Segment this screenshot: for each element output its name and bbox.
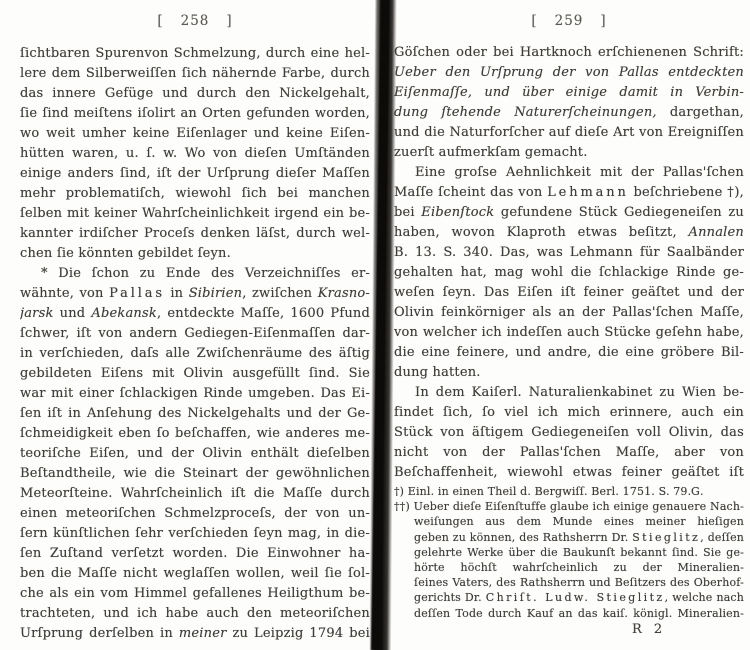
text-line: dung hatten. [394, 363, 744, 383]
footnote-line: ſeines Vaters, des Rathsherrn und Beſitz… [394, 575, 744, 590]
text-line: trachteten, und ich habe auch den meteor… [20, 604, 370, 624]
footnote-line: †) Einl. in einen Theil d. Bergwiſſ. Ber… [394, 484, 744, 499]
footnote-line: gerichts Dr. Chriſt. Ludw. Stieglitz, we… [394, 590, 744, 605]
text-line: chen ſie könnten gebildet ſeyn. [20, 244, 370, 264]
text-line: zuerſt aufmerkſam gemacht. [394, 143, 744, 163]
page-number: 258 [181, 13, 210, 29]
text-line: mehr problematiſch, wiewohl ſich bei man… [20, 184, 370, 204]
right-page: [259] Göſchen oder bei Hartknoch erſchie… [394, 0, 744, 650]
text-line: B. 13. S. 340. Das, was Lehmann für Saal… [394, 243, 744, 263]
text-line: nicht von der Pallas'ſchen Maſſe, aber v… [394, 443, 744, 463]
text-line: und die Naturforſcher auf dieſe Art von … [394, 123, 744, 143]
text-line: Meteorſteine. Wahrſcheinlich iſt die Maſ… [20, 484, 370, 504]
bracket-close: ] [600, 13, 606, 29]
text-line: ſchmeidigkeit eben ſo beſchaffen, wie an… [20, 424, 370, 444]
bracket-open: [ [531, 13, 537, 29]
text-line: ſie ſind meiſtens iſolirt an Orten gefun… [20, 104, 370, 124]
signature: R 2 [632, 622, 666, 637]
book-scan: [258] ſichtbaren Spurenvon Schmelzung, d… [0, 0, 750, 650]
text-line: ſchwer, iſt von andern Gediegen-Eiſenmaſ… [20, 324, 370, 344]
footnote-line: deſſen Tode durch Kauf an das kaiſ. köni… [394, 606, 744, 621]
footnote-line: gelehrte Werke über die Baukunſt bekannt… [394, 545, 744, 560]
text-line: wo weit umher keine Eiſenlager und keine… [20, 124, 370, 144]
left-text-column: ſichtbaren Spurenvon Schmelzung, durch e… [20, 44, 370, 644]
text-line: In dem Kaiſerl. Naturalienkabinet zu Wie… [394, 383, 744, 403]
text-line: bei Eibenſtock gefundene Stück Gediegene… [394, 203, 744, 223]
text-line: Maſſe ſcheint das von Lehmann beſchriebe… [394, 183, 744, 203]
bracket-close: ] [226, 13, 232, 29]
text-line: in verſchieden, daſs alle Zwiſchenräume … [20, 344, 370, 364]
text-line: einen meteoriſchen Schmelzproceſs, der v… [20, 504, 370, 524]
text-line: haben, wovon Klaproth etwas beſitzt, Ann… [394, 223, 744, 243]
text-line: gebildeten Eiſens mit Olivin ausgefüllt … [20, 364, 370, 384]
footnote-line: ††) Ueber dieſe Eiſenſtuffe glaube ich e… [394, 499, 744, 514]
text-line: die eine feinere, und andre, die eine gr… [394, 343, 744, 363]
gutter-shadow [369, 0, 397, 650]
text-line: Göſchen oder bei Hartknoch erſchienenen … [394, 43, 744, 63]
text-line: von welcher ich indeſſen auch Stücke geſ… [394, 323, 744, 343]
text-line: ſen iſt in Anſehung des Nickelgehalts un… [20, 404, 370, 424]
bracket-open: [ [157, 13, 163, 29]
text-line: einige anders ſind, iſt der Urſprung die… [20, 164, 370, 184]
text-line: gehalten hat, mag wohl die ſchlackige Ri… [394, 263, 744, 283]
text-line: Beſtandtheile, wie die Steinart der gewö… [20, 464, 370, 484]
text-line: Olivin feinkörniger als an der Pallas'ſc… [394, 303, 744, 323]
text-line: weſen ſeyn. Das Eiſen iſt feiner geäſtet… [394, 283, 744, 303]
footnote-line: weiſungen aus dem Munde eines meiner hie… [394, 514, 744, 529]
text-line: dung ſtehende Naturerſcheinungen, darget… [394, 103, 744, 123]
text-line: ſelben mit keiner Wahrſcheinlichkeit irg… [20, 204, 370, 224]
text-line: ben die Maſſe nicht weglaſſen wollen, we… [20, 564, 370, 584]
text-line: Ueber den Urſprung der von Pallas entdec… [394, 63, 744, 83]
text-line: Urſprung derſelben in meiner zu Leipzig … [20, 624, 370, 644]
footnote-section: †) Einl. in einen Theil d. Bergwiſſ. Ber… [394, 484, 744, 621]
text-line: ſern künſtlichen ſehr verſchieden ſeyn m… [20, 524, 370, 544]
text-line: Eiſenmaſſe, und über einige damit in Ver… [394, 83, 744, 103]
text-line: Beſchaffenheit, wiewohl etwas feiner geä… [394, 463, 744, 483]
right-page-header: [259] [394, 13, 744, 29]
text-line: hütten waren, u. ſ. w. Wo von dieſen Umſ… [20, 144, 370, 164]
text-line: war mit einer ſchlackigen Rinde umgeben.… [20, 384, 370, 404]
right-text-column: Göſchen oder bei Hartknoch erſchienenen … [394, 43, 744, 483]
text-line: kannter irdiſcher Proceſs denken läſst, … [20, 224, 370, 244]
text-line: jarsk und Abekansk, entdeckte Maſſe, 160… [20, 304, 370, 324]
footnote-line: hörte höchſt wahrſcheinlich zu der Miner… [394, 560, 744, 575]
text-line: das innere Gefüge und durch den Nickelge… [20, 84, 370, 104]
text-line: wähnte, von Pallas in Sibirien, zwiſchen… [20, 284, 370, 304]
text-line: lere dem Silberweiſſen ſich nähernde Far… [20, 64, 370, 84]
text-line: * Die ſchon zu Ende des Verzeichniſſes e… [20, 264, 370, 284]
text-line: che als ein vom Himmel gefallenes Heilig… [20, 584, 370, 604]
left-page: [258] ſichtbaren Spurenvon Schmelzung, d… [20, 0, 370, 650]
text-line: Eine groſse Aehnlichkeit mit der Pallas'… [394, 163, 744, 183]
text-line: ſichtbaren Spurenvon Schmelzung, durch e… [20, 44, 370, 64]
text-line: ſen Zuſtand verſetzt worden. Die Einwohn… [20, 544, 370, 564]
text-line: Stück von äſtigem Gediegeneiſen voll Oli… [394, 423, 744, 443]
text-line: teoriſche Eiſen, und der Olivin enthält … [20, 444, 370, 464]
left-page-header: [258] [20, 13, 370, 29]
footnote-line: geben zu können, des Rathsherrn Dr. Stie… [394, 530, 744, 545]
page-number: 259 [555, 13, 584, 29]
text-line: findet ſich, ſo viel ich mich erinnere, … [394, 403, 744, 423]
